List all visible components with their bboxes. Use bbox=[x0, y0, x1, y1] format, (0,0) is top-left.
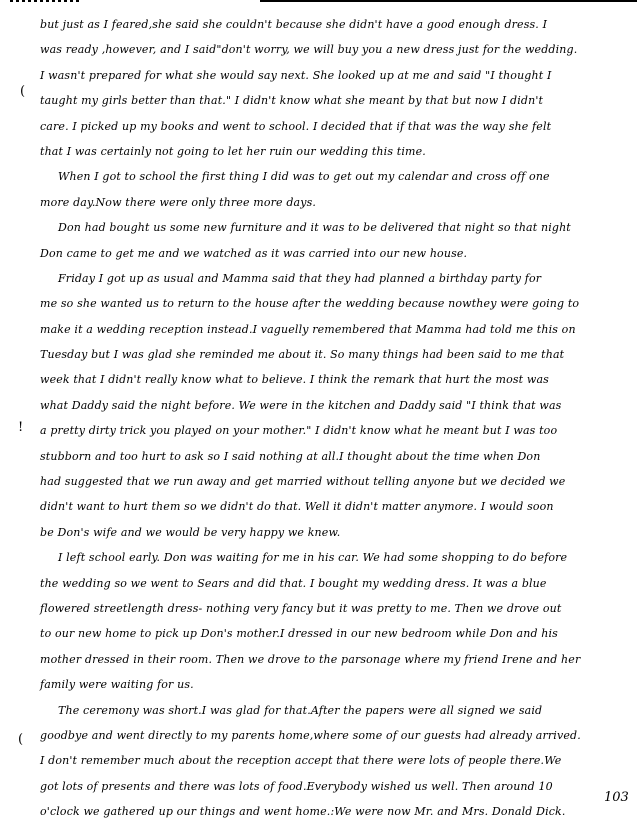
text-line: family were waiting for us. bbox=[40, 672, 630, 697]
margin-bracket-mark: ( bbox=[20, 84, 25, 99]
text-line: that I was certainly not going to let he… bbox=[40, 139, 630, 164]
text-line: Don had bought us some new furniture and… bbox=[40, 215, 630, 240]
text-line: Don came to get me and we watched as it … bbox=[40, 241, 630, 266]
text-line: stubborn and too hurt to ask so I said n… bbox=[40, 444, 630, 469]
scan-edge-marks bbox=[10, 0, 80, 2]
text-line: taught my girls better than that." I did… bbox=[40, 88, 630, 113]
text-line: got lots of presents and there was lots … bbox=[40, 774, 630, 799]
text-line: I wasn't prepared for what she would say… bbox=[40, 63, 630, 88]
text-line: I don't remember much about the receptio… bbox=[40, 748, 630, 773]
text-line: Friday I got up as usual and Mamma said … bbox=[40, 266, 630, 291]
handwritten-page-body: but just as I feared,she said she couldn… bbox=[40, 12, 630, 825]
text-line: to our new home to pick up Don's mother.… bbox=[40, 621, 630, 646]
text-line: what Daddy said the night before. We wer… bbox=[40, 393, 630, 418]
text-line: mother dressed in their room. Then we dr… bbox=[40, 647, 630, 672]
text-line: When I got to school the first thing I d… bbox=[40, 164, 630, 189]
text-line: The ceremony was short.I was glad for th… bbox=[40, 698, 630, 723]
text-line: week that I didn't really know what to b… bbox=[40, 367, 630, 392]
text-line: Tuesday but I was glad she reminded me a… bbox=[40, 342, 630, 367]
text-line: I left school early. Don was waiting for… bbox=[40, 545, 630, 570]
text-line: o'clock we gathered up our things and we… bbox=[40, 799, 630, 824]
text-line: didn't want to hurt them so we didn't do… bbox=[40, 494, 630, 519]
text-line: but just as I feared,she said she couldn… bbox=[40, 12, 630, 37]
text-line: more day.Now there were only three more … bbox=[40, 190, 630, 215]
text-line: me so she wanted us to return to the hou… bbox=[40, 291, 630, 316]
text-line: care. I picked up my books and went to s… bbox=[40, 114, 630, 139]
text-line: the wedding so we went to Sears and did … bbox=[40, 571, 630, 596]
text-line: make it a wedding reception instead.I va… bbox=[40, 317, 630, 342]
text-line: goodbye and went directly to my parents … bbox=[40, 723, 630, 748]
margin-bracket-mark: ( bbox=[18, 732, 23, 747]
text-line: flowered streetlength dress- nothing ver… bbox=[40, 596, 630, 621]
text-line: a pretty dirty trick you played on your … bbox=[40, 418, 630, 443]
page-number: 103 bbox=[604, 790, 629, 805]
text-line: was ready ,however, and I said"don't wor… bbox=[40, 37, 630, 62]
text-line: had suggested that we run away and get m… bbox=[40, 469, 630, 494]
text-line: be Don's wife and we would be very happy… bbox=[40, 520, 630, 545]
margin-exclamation-mark: ! bbox=[18, 420, 23, 435]
scan-top-border bbox=[260, 0, 637, 2]
